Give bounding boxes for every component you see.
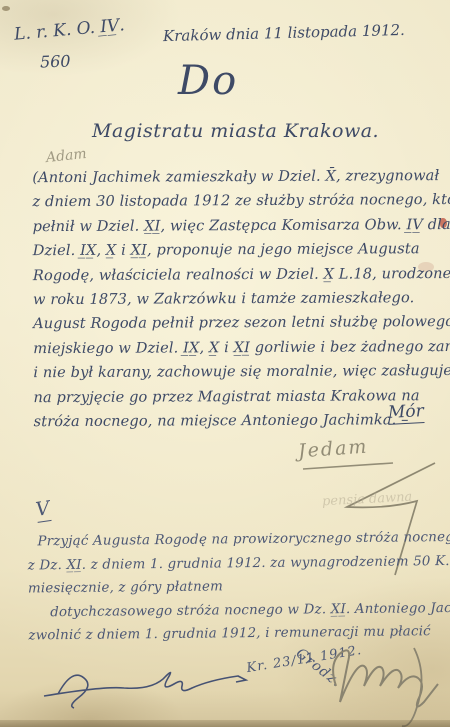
body-line: Rogodę, właściciela realności w Dziel. X… (33, 264, 450, 291)
body-line: i nie był karany, zachowuje się moralnie… (33, 362, 450, 389)
official-signature (38, 662, 248, 712)
reference-secondary: 560 (40, 51, 71, 71)
pencil-signature-large (322, 642, 450, 727)
dateline: Kraków dnia 11 listopada 1912. (163, 21, 405, 45)
petition-body: (Antoni Jachimek zamieszkały w Dziel. X̄… (32, 167, 450, 438)
resolution-body: Przyjąć Augusta Rogodę na prowizoryczneg… (27, 530, 450, 653)
commissioner-signature: Mór (387, 401, 424, 425)
resolution-mark: V (34, 497, 51, 523)
reference-number: L. r. K. O. I̲V̲. (13, 15, 125, 45)
salutation-recipient: Magistratu miasta Krakowa. (92, 120, 379, 142)
body-line: pełnił w Dziel. X̲I̲, więc Zastępca Komi… (33, 216, 450, 243)
body-line: August Rogoda pełnił przez sezon letni s… (33, 313, 450, 340)
paper-stain (2, 6, 10, 11)
document-page: L. r. K. O. I̲V̲. 560 Kraków dnia 11 lis… (0, 0, 450, 727)
body-line: (Antoni Jachimek zamieszkały w Dziel. X̄… (32, 167, 450, 194)
body-line: w roku 1873, w Zakrzówku i tamże zamiesz… (33, 289, 450, 316)
body-line: miejskiego w Dziel. I̲X̲, X̲ i X̲I̲ gorl… (33, 338, 450, 365)
body-line: Dziel. I̲X̲, X̲ i X̲I̲, proponuje na jeg… (33, 240, 450, 267)
salutation-do: Do (178, 58, 238, 104)
pencil-name-correction: Adam (45, 146, 87, 166)
body-line: z dniem 30 listopada 1912 ze służby stró… (32, 191, 450, 218)
